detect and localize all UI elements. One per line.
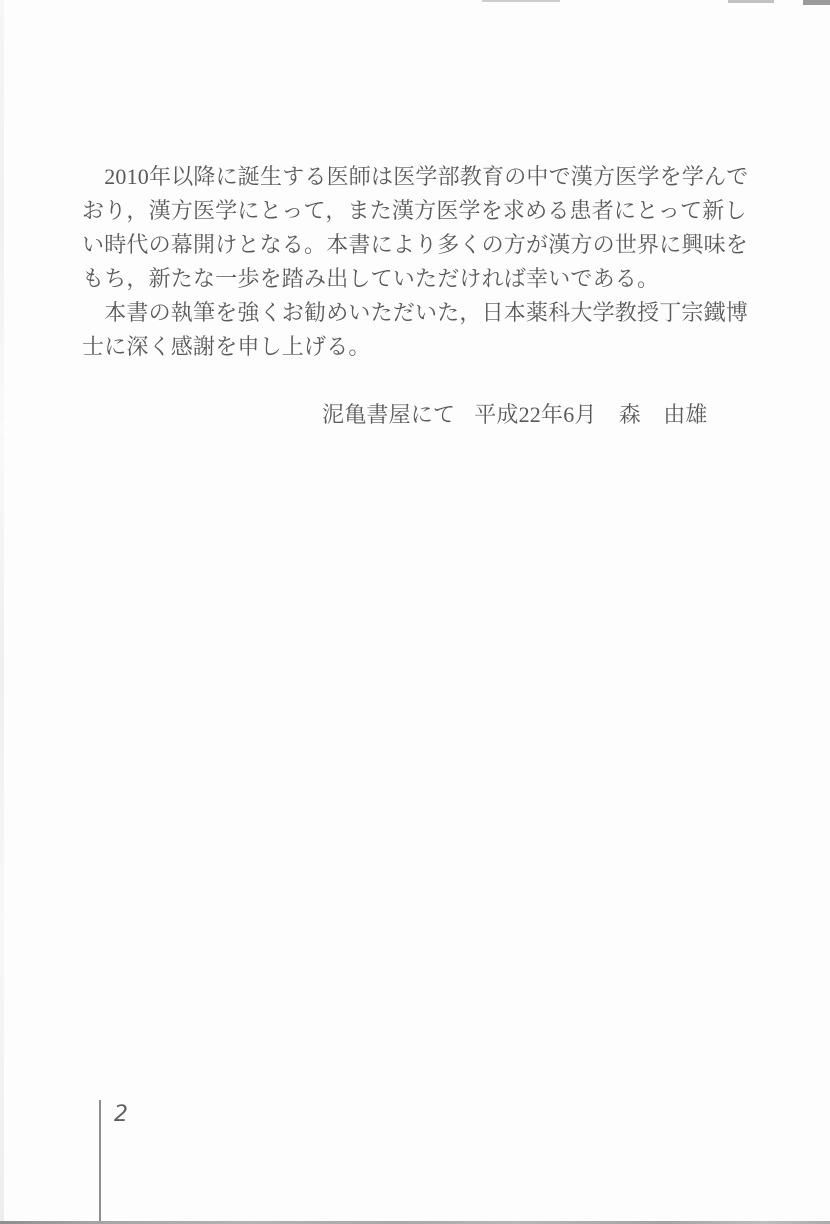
signature-line: 泥亀書屋にて平成22年6月 森 由雄 bbox=[82, 398, 748, 432]
scan-edge-left bbox=[0, 0, 4, 1224]
page-number: 2 bbox=[114, 1101, 128, 1129]
preface-text-block: 2010年以降に誕生する医師は医学部教育の中で漢方医学を学んで おり，漢方医学に… bbox=[82, 160, 748, 432]
blank-line bbox=[82, 364, 748, 398]
signature-place: 泥亀書屋にて bbox=[322, 402, 455, 427]
signature-date-author: 平成22年6月 森 由雄 bbox=[474, 402, 707, 427]
paragraph1-line1: 2010年以降に誕生する医師は医学部教育の中で漢方医学を学んで bbox=[82, 160, 748, 194]
paragraph1-line2: おり，漢方医学にとって，また漢方医学を求める患者にとって新し bbox=[82, 194, 748, 228]
scan-artifact-top bbox=[728, 0, 774, 3]
scan-artifact-top bbox=[482, 0, 560, 2]
paragraph2-line1: 本書の執筆を強くお勧めいただいた，日本薬科大学教授丁宗鐵博 bbox=[82, 296, 748, 330]
paragraph1-line4: もち，新たな一歩を踏み出していただければ幸いである。 bbox=[82, 262, 748, 296]
scan-artifact-top-right bbox=[803, 0, 830, 5]
paragraph2-line2: 士に深く感謝を申し上げる。 bbox=[82, 330, 748, 364]
paragraph1-line3: い時代の幕開けとなる。本書により多くの方が漢方の世界に興味を bbox=[82, 228, 748, 262]
scanned-book-page: 2010年以降に誕生する医師は医学部教育の中で漢方医学を学んで おり，漢方医学に… bbox=[0, 0, 830, 1224]
footer-vertical-rule bbox=[99, 1100, 101, 1224]
